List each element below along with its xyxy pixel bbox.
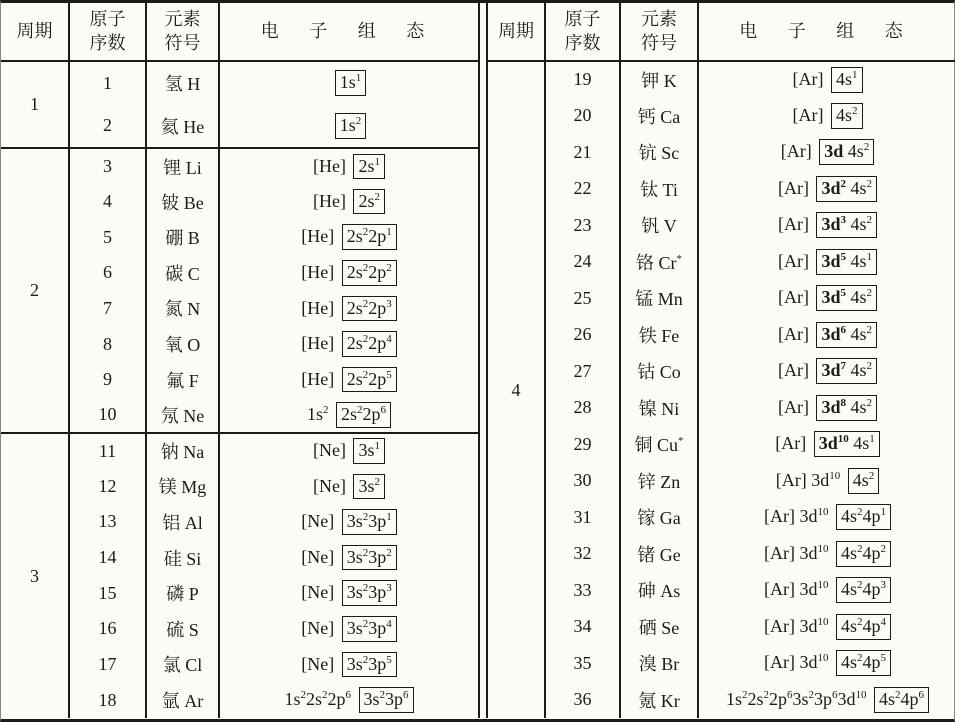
atomic-number-cell: 31 <box>545 499 620 536</box>
element-row: 26铁 Fe[Ar] 3d6 4s2 <box>487 317 955 354</box>
config-core-text: [Ne] <box>301 618 338 638</box>
element-name-cell: 铬 Cr* <box>620 244 698 281</box>
orbital-box: 4s1 <box>831 67 863 93</box>
orbital-box: 2s22p4 <box>342 331 397 357</box>
config-cell: 1s2 2s22p6 <box>219 397 479 433</box>
element-row: 12镁 Mg[Ne] 3s2 <box>1 469 479 505</box>
config-cell: [Ar] 3d3 4s2 <box>698 207 955 244</box>
config-core-text: [Ar] <box>778 251 813 271</box>
orbital-box: 4s24p6 <box>874 687 929 713</box>
orbital-box: 3d 4s2 <box>819 139 874 165</box>
element-row: 33砷 As[Ar] 3d10 4s24p3 <box>487 572 955 609</box>
header-period: 周期 <box>1 3 69 61</box>
element-row: 32锗 Ge[Ar] 3d10 4s24p2 <box>487 536 955 573</box>
config-cell: 1s1 <box>219 61 479 105</box>
config-core-text: [Ne] <box>313 476 350 496</box>
orbital-box: 3d5 4s2 <box>816 285 877 311</box>
element-name-cell: 锌 Zn <box>620 463 698 500</box>
element-name-cell: 钛 Ti <box>620 171 698 208</box>
config-core-text: [He] <box>301 226 338 246</box>
header-row: 周期 原子 序数 元素 符号 电 子 组 态 <box>1 3 479 61</box>
element-name-cell: 钠 Na <box>146 433 219 469</box>
element-row: 5硼 B[He] 2s22p1 <box>1 219 479 255</box>
element-name-cell: 氧 O <box>146 326 219 362</box>
element-row: 311钠 Na[Ne] 3s1 <box>1 433 479 469</box>
element-row: 23钒 V[Ar] 3d3 4s2 <box>487 207 955 244</box>
header-period: 周期 <box>487 3 545 61</box>
config-cell: [Ar] 3d8 4s2 <box>698 390 955 427</box>
header-atomic-number: 原子 序数 <box>69 3 146 61</box>
orbital-box: 4s24p1 <box>836 504 891 530</box>
element-name-cell: 磷 P <box>146 575 219 611</box>
element-name-cell: 氟 F <box>146 362 219 398</box>
element-row: 29铜 Cu*[Ar] 3d10 4s1 <box>487 426 955 463</box>
element-name-cell: 氮 N <box>146 291 219 327</box>
element-name-cell: 铍 Be <box>146 184 219 220</box>
element-name-cell: 砷 As <box>620 572 698 609</box>
orbital-box: 2s22p6 <box>336 402 391 428</box>
atomic-number-cell: 30 <box>545 463 620 500</box>
element-row: 17氯 Cl[Ne] 3s23p5 <box>1 647 479 683</box>
element-name-cell: 碳 C <box>146 255 219 291</box>
config-core-text: [Ne] <box>301 547 338 567</box>
element-name-cell: 氩 Ar <box>146 682 219 718</box>
element-name-cell: 镁 Mg <box>146 469 219 505</box>
element-row: 27钴 Co[Ar] 3d7 4s2 <box>487 353 955 390</box>
atomic-number-cell: 4 <box>69 184 146 220</box>
config-cell: 1s22s22p63s23p63d10 4s24p6 <box>698 682 955 719</box>
element-row: 30锌 Zn[Ar] 3d10 4s2 <box>487 463 955 500</box>
element-row: 34硒 Se[Ar] 3d10 4s24p4 <box>487 609 955 646</box>
config-cell: [Ne] 3s23p5 <box>219 647 479 683</box>
config-cell: [Ar] 3d5 4s1 <box>698 244 955 281</box>
element-name-cell: 氯 Cl <box>146 647 219 683</box>
config-core-text: [He] <box>301 333 338 353</box>
element-row: 25锰 Mn[Ar] 3d5 4s2 <box>487 280 955 317</box>
config-cell: [Ar] 3d5 4s2 <box>698 280 955 317</box>
period-cell: 3 <box>1 433 69 718</box>
element-row: 8氧 O[He] 2s22p4 <box>1 326 479 362</box>
element-name-cell: 硫 S <box>146 611 219 647</box>
element-row: 6碳 C[He] 2s22p2 <box>1 255 479 291</box>
atomic-number-cell: 29 <box>545 426 620 463</box>
orbital-box: 3s23p2 <box>342 545 397 571</box>
period-cell: 2 <box>1 148 69 433</box>
config-core-text: [Ar] <box>793 69 828 89</box>
config-core-text: [Ar] <box>778 324 813 344</box>
element-name-cell: 氪 Kr <box>620 682 698 719</box>
table-body-left: 11氢 H1s12氦 He1s223锂 Li[He] 2s14铍 Be[He] … <box>1 61 479 718</box>
orbital-box: 2s22p2 <box>342 260 397 286</box>
header-electron-config: 电 子 组 态 <box>698 3 955 61</box>
atomic-number-cell: 26 <box>545 317 620 354</box>
orbital-box: 3d7 4s2 <box>816 358 877 384</box>
element-row: 4铍 Be[He] 2s2 <box>1 184 479 220</box>
atomic-number-cell: 32 <box>545 536 620 573</box>
config-core-text: [Ar] <box>793 105 828 125</box>
atomic-number-cell: 35 <box>545 645 620 682</box>
element-row: 11氢 H1s1 <box>1 61 479 105</box>
config-cell: [He] 2s22p3 <box>219 291 479 327</box>
orbital-box: 3s23p3 <box>342 580 397 606</box>
config-cell: [Ar] 3d10 4s24p3 <box>698 572 955 609</box>
element-row: 20钙 Ca[Ar] 4s2 <box>487 98 955 135</box>
config-cell: [He] 2s1 <box>219 148 479 184</box>
element-name-cell: 镓 Ga <box>620 499 698 536</box>
config-core-text: [Ar] 3d10 <box>764 579 833 599</box>
element-row: 36氪 Kr1s22s22p63s23p63d10 4s24p6 <box>487 682 955 719</box>
element-name-cell: 锗 Ge <box>620 536 698 573</box>
orbital-box: 1s1 <box>335 70 367 96</box>
scanned-electron-configuration-table: 周期 原子 序数 元素 符号 电 子 组 态 11氢 H1s12氦 He1s22… <box>0 0 955 722</box>
config-cell: [He] 2s2 <box>219 184 479 220</box>
config-core-text: [Ar] <box>778 397 813 417</box>
element-name-cell: 硒 Se <box>620 609 698 646</box>
orbital-box: 2s2 <box>353 189 385 215</box>
config-cell: [Ar] 3d10 4s24p2 <box>698 536 955 573</box>
config-cell: [Ar] 3d2 4s2 <box>698 171 955 208</box>
header-atomic-number: 原子 序数 <box>545 3 620 61</box>
element-row: 13铝 Al[Ne] 3s23p1 <box>1 504 479 540</box>
element-row: 18氩 Ar1s22s22p6 3s23p6 <box>1 682 479 718</box>
config-cell: [Ne] 3s23p1 <box>219 504 479 540</box>
config-cell: [He] 2s22p2 <box>219 255 479 291</box>
config-cell: [Ar] 3d7 4s2 <box>698 353 955 390</box>
atomic-number-cell: 12 <box>69 469 146 505</box>
orbital-box: 3s2 <box>353 474 385 500</box>
element-row: 24铬 Cr*[Ar] 3d5 4s1 <box>487 244 955 281</box>
element-row: 7氮 N[He] 2s22p3 <box>1 291 479 327</box>
atomic-number-cell: 24 <box>545 244 620 281</box>
orbital-box: 4s24p3 <box>836 577 891 603</box>
atomic-number-cell: 22 <box>545 171 620 208</box>
atomic-number-cell: 14 <box>69 540 146 576</box>
config-cell: [He] 2s22p5 <box>219 362 479 398</box>
atomic-number-cell: 16 <box>69 611 146 647</box>
config-core-text: 1s22s22p63s23p63d10 <box>726 689 871 709</box>
header-row: 周期 原子 序数 元素 符号 电 子 组 态 <box>487 3 955 61</box>
orbital-box: 2s1 <box>353 154 385 180</box>
config-core-text: [Ar] 3d10 <box>764 616 833 636</box>
orbital-box: 3s23p1 <box>342 509 397 535</box>
header-element-symbol: 元素 符号 <box>620 3 698 61</box>
config-cell: [Ar] 3d6 4s2 <box>698 317 955 354</box>
atomic-number-cell: 8 <box>69 326 146 362</box>
atomic-number-cell: 15 <box>69 575 146 611</box>
orbital-box: 4s2 <box>848 468 880 494</box>
config-cell: [Ar] 4s1 <box>698 61 955 98</box>
orbital-box: 3s1 <box>353 438 385 464</box>
element-name-cell: 铝 Al <box>146 504 219 540</box>
header-electron-config: 电 子 组 态 <box>219 3 479 61</box>
element-name-cell: 氢 H <box>146 61 219 105</box>
config-core-text: [Ar] <box>778 214 813 234</box>
atomic-number-cell: 18 <box>69 682 146 718</box>
element-row: 16硫 S[Ne] 3s23p4 <box>1 611 479 647</box>
config-core-text: [He] <box>301 262 338 282</box>
atomic-number-cell: 13 <box>69 504 146 540</box>
header-element-symbol: 元素 符号 <box>146 3 219 61</box>
config-core-text: [He] <box>313 191 350 211</box>
config-cell: [Ar] 3d10 4s24p1 <box>698 499 955 536</box>
orbital-box: 4s2 <box>831 103 863 129</box>
orbital-box: 3d10 4s1 <box>814 431 880 457</box>
element-row: 21钪 Sc[Ar] 3d 4s2 <box>487 134 955 171</box>
atomic-number-cell: 19 <box>545 61 620 98</box>
orbital-box: 3d8 4s2 <box>816 395 877 421</box>
config-cell: [He] 2s22p4 <box>219 326 479 362</box>
element-row: 9氟 F[He] 2s22p5 <box>1 362 479 398</box>
element-name-cell: 氖 Ne <box>146 397 219 433</box>
element-row: 31镓 Ga[Ar] 3d10 4s24p1 <box>487 499 955 536</box>
atomic-number-cell: 7 <box>69 291 146 327</box>
atomic-number-cell: 33 <box>545 572 620 609</box>
atomic-number-cell: 5 <box>69 219 146 255</box>
atomic-number-cell: 36 <box>545 682 620 719</box>
orbital-box: 3s23p5 <box>342 652 397 678</box>
element-row: 419钾 K[Ar] 4s1 <box>487 61 955 98</box>
orbital-box: 4s24p2 <box>836 541 891 567</box>
config-cell: [Ne] 3s23p2 <box>219 540 479 576</box>
atomic-number-cell: 2 <box>69 105 146 149</box>
orbital-box: 2s22p5 <box>342 367 397 393</box>
element-name-cell: 硅 Si <box>146 540 219 576</box>
config-core-text: [Ar] <box>778 178 813 198</box>
config-core-text: [He] <box>313 156 350 176</box>
element-row: 23锂 Li[He] 2s1 <box>1 148 479 184</box>
period-cell: 1 <box>1 61 69 148</box>
config-cell: [Ar] 4s2 <box>698 98 955 135</box>
orbital-box: 3d5 4s1 <box>816 249 877 275</box>
element-name-cell: 溴 Br <box>620 645 698 682</box>
orbital-box: 3s23p4 <box>342 616 397 642</box>
element-name-cell: 钾 K <box>620 61 698 98</box>
config-cell: [Ar] 3d 4s2 <box>698 134 955 171</box>
atomic-number-cell: 9 <box>69 362 146 398</box>
atomic-number-cell: 1 <box>69 61 146 105</box>
atomic-number-cell: 25 <box>545 280 620 317</box>
config-core-text: [Ne] <box>301 582 338 602</box>
config-table-left: 周期 原子 序数 元素 符号 电 子 组 态 11氢 H1s12氦 He1s22… <box>1 3 480 718</box>
element-row: 22钛 Ti[Ar] 3d2 4s2 <box>487 171 955 208</box>
config-cell: [Ne] 3s2 <box>219 469 479 505</box>
config-core-text: [Ar] <box>778 360 813 380</box>
element-name-cell: 钙 Ca <box>620 98 698 135</box>
element-name-cell: 铜 Cu* <box>620 426 698 463</box>
config-core-text: [Ar] 3d10 <box>764 652 833 672</box>
atomic-number-cell: 27 <box>545 353 620 390</box>
element-row: 15磷 P[Ne] 3s23p3 <box>1 575 479 611</box>
config-core-text: [Ar] 3d10 <box>776 470 845 490</box>
element-name-cell: 氦 He <box>146 105 219 149</box>
element-name-cell: 镍 Ni <box>620 390 698 427</box>
atomic-number-cell: 34 <box>545 609 620 646</box>
atomic-number-cell: 21 <box>545 134 620 171</box>
config-core-text: [Ar] 3d10 <box>764 506 833 526</box>
atomic-number-cell: 10 <box>69 397 146 433</box>
config-cell: [Ar] 3d10 4s1 <box>698 426 955 463</box>
element-name-cell: 钒 V <box>620 207 698 244</box>
orbital-box: 3s23p6 <box>359 687 414 713</box>
config-cell: [Ar] 3d10 4s24p4 <box>698 609 955 646</box>
config-core-text: [Ar] <box>781 141 816 161</box>
orbital-box: 2s22p3 <box>342 296 397 322</box>
config-cell: 1s2 <box>219 105 479 149</box>
config-core-text: [Ne] <box>313 440 350 460</box>
element-row: 2氦 He1s2 <box>1 105 479 149</box>
table-body-right: 419钾 K[Ar] 4s120钙 Ca[Ar] 4s221钪 Sc[Ar] 3… <box>487 61 955 718</box>
element-row: 14硅 Si[Ne] 3s23p2 <box>1 540 479 576</box>
atomic-number-cell: 11 <box>69 433 146 469</box>
atomic-number-cell: 17 <box>69 647 146 683</box>
config-cell: [Ne] 3s23p4 <box>219 611 479 647</box>
element-name-cell: 钴 Co <box>620 353 698 390</box>
config-core-text: [Ne] <box>301 654 338 674</box>
element-name-cell: 锰 Mn <box>620 280 698 317</box>
config-core-text: 1s2 <box>307 404 333 424</box>
atomic-number-cell: 6 <box>69 255 146 291</box>
config-cell: [Ne] 3s1 <box>219 433 479 469</box>
config-cell: [Ne] 3s23p3 <box>219 575 479 611</box>
config-cell: 1s22s22p6 3s23p6 <box>219 682 479 718</box>
element-row: 28镍 Ni[Ar] 3d8 4s2 <box>487 390 955 427</box>
config-core-text: [Ar] 3d10 <box>764 543 833 563</box>
config-table-right: 周期 原子 序数 元素 符号 电 子 组 态 419钾 K[Ar] 4s120钙… <box>486 3 955 718</box>
atomic-number-cell: 3 <box>69 148 146 184</box>
orbital-box: 3d3 4s2 <box>816 212 877 238</box>
element-row: 35溴 Br[Ar] 3d10 4s24p5 <box>487 645 955 682</box>
config-cell: [Ar] 3d10 4s24p5 <box>698 645 955 682</box>
config-core-text: [He] <box>301 369 338 389</box>
orbital-box: 3d6 4s2 <box>816 322 877 348</box>
element-row: 10氖 Ne1s2 2s22p6 <box>1 397 479 433</box>
config-cell: [He] 2s22p1 <box>219 219 479 255</box>
element-name-cell: 铁 Fe <box>620 317 698 354</box>
element-name-cell: 硼 B <box>146 219 219 255</box>
element-name-cell: 钪 Sc <box>620 134 698 171</box>
orbital-box: 1s2 <box>335 113 367 139</box>
config-core-text: [Ne] <box>301 511 338 531</box>
orbital-box: 3d2 4s2 <box>816 176 877 202</box>
atomic-number-cell: 28 <box>545 390 620 427</box>
config-core-text: 1s22s22p6 <box>284 689 355 709</box>
atomic-number-cell: 23 <box>545 207 620 244</box>
config-core-text: [Ar] <box>778 287 813 307</box>
atomic-number-cell: 20 <box>545 98 620 135</box>
orbital-box: 4s24p4 <box>836 614 891 640</box>
config-cell: [Ar] 3d10 4s2 <box>698 463 955 500</box>
config-core-text: [He] <box>301 298 338 318</box>
orbital-box: 2s22p1 <box>342 224 397 250</box>
config-core-text: [Ar] <box>775 433 810 453</box>
element-name-cell: 锂 Li <box>146 148 219 184</box>
orbital-box: 4s24p5 <box>836 650 891 676</box>
period-cell: 4 <box>487 61 545 718</box>
